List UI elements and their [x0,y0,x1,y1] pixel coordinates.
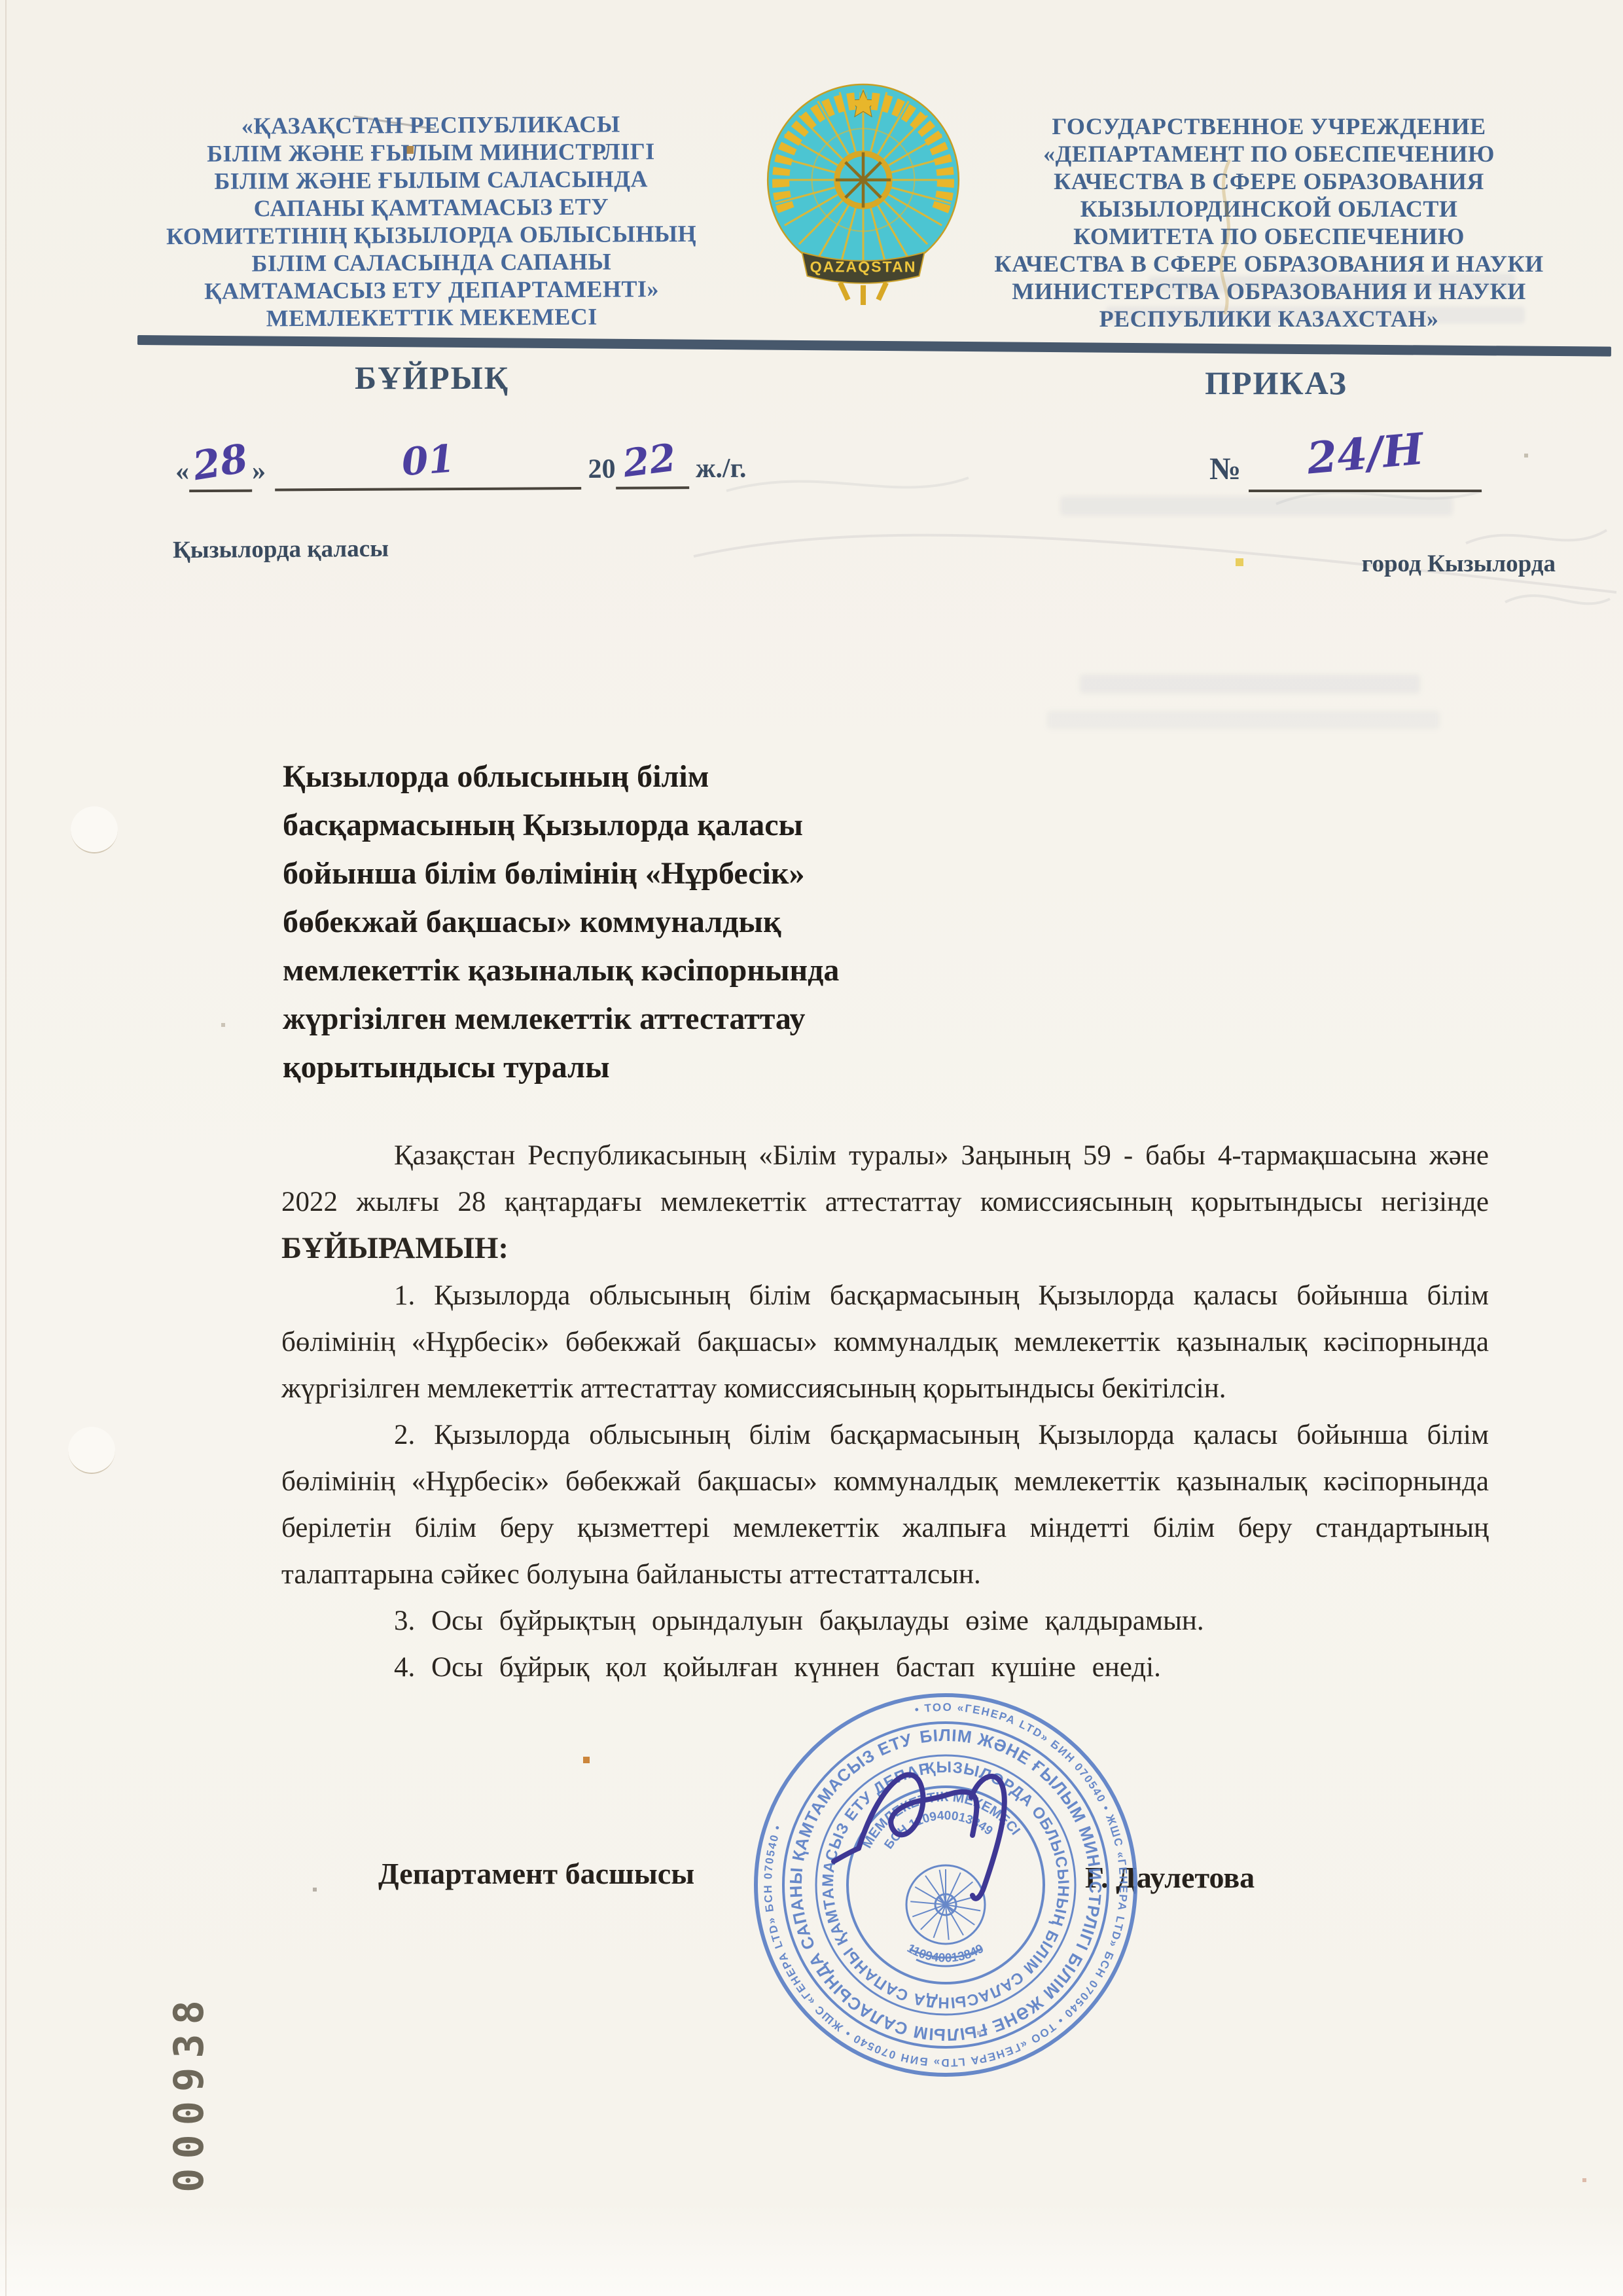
scan-edge-artifact [5,0,7,2296]
org-line: БІЛІМ САЛАСЫНДА САПАНЫ [149,247,713,278]
header-separator-rule [137,335,1611,357]
date-day-blank: 28 [189,444,252,493]
org-line: «ДЕПАРТАМЕНТ ПО ОБЕСПЕЧЕНИЮ [967,140,1571,168]
bleedthrough-artifact [1080,674,1420,694]
dust-specks [0,0,1,1]
intro-paragraph: Қазақстан Республикасының «Білім туралы»… [281,1132,1489,1272]
handwritten-year: 22 [620,435,679,486]
date-century: 20 [588,454,615,484]
org-line: САПАНЫ ҚАМТАМАСЫЗ ЕТУ [149,192,713,223]
org-line: БІЛІМ ЖӘНЕ ҒЫЛЫМ МИНИСТРЛІГІ [149,137,713,168]
subject-line: қорытындысы туралы [283,1043,990,1092]
subject-line: бөбекжай бақшасы» коммуналдық [283,898,990,946]
order-body: Қазақстан Республикасының «Білім туралы»… [281,1132,1489,1691]
number-blank: 24/Н [1249,439,1482,492]
date-year-blank: 22 [615,442,688,490]
subject-line: бойынша білім бөлімінің «Нұрбесік» [283,850,990,898]
order-number-line: № 24/Н [1209,439,1482,492]
subject-line: басқармасының Қызылорда қаласы [283,801,990,850]
bleedthrough-artifact [1047,711,1440,729]
quote-open: « [175,456,189,486]
bleedthrough-artifact [1106,306,1525,323]
org-line: ҚАМТАМАСЫЗ ЕТУ ДЕПАРТАМЕНТІ» [149,275,713,306]
date-suffix: ж./г. [696,454,747,484]
emblem-caption: QAZAQSTAN [810,259,917,276]
order-item-3: 3. Осы бұйрықтың орындалуын бақылауды өз… [281,1598,1489,1644]
org-line: КОМИТЕТА ПО ОБЕСПЕЧЕНИЮ [967,223,1571,250]
handwritten-number: 24/Н [1305,423,1425,484]
place-russian: город Кызылорда [1306,550,1556,578]
punch-hole [68,1427,115,1474]
document-serial-number: 000938 [165,1991,213,2193]
handwritten-day: 28 [190,436,251,490]
number-sign: № [1209,452,1241,486]
order-item-1: 1. Қызылорда облысының білім басқармасын… [281,1272,1489,1412]
resolve-word: БҰЙЫРАМЫН: [281,1231,508,1265]
date-line: «28»01 2022 ж./г. [175,441,747,493]
subject-line: Қызылорда облысының білім [283,753,990,801]
org-line: «ҚАЗАҚСТАН РЕСПУБЛИКАСЫ [149,110,713,141]
org-line: ГОСУДАРСТВЕННОЕ УЧРЕЖДЕНИЕ [967,113,1571,140]
org-name-russian: ГОСУДАРСТВЕННОЕ УЧРЕЖДЕНИЕ «ДЕПАРТАМЕНТ … [967,113,1571,332]
handwritten-signature [819,1736,1101,1932]
order-item-2: 2. Қызылорда облысының білім басқармасын… [281,1412,1489,1598]
order-title-russian: ПРИКАЗ [1119,364,1433,402]
org-line: КАЧЕСТВА В СФЕРЕ ОБРАЗОВАНИЯ [967,168,1571,195]
punch-hole [71,806,118,853]
quote-close: » [252,456,266,486]
kazakhstan-coat-of-arms: QAZAQSTAN [761,80,965,310]
handwritten-month: 01 [400,436,456,484]
order-item-4: 4. Осы бұйрық қол қойылған күннен бастап… [281,1644,1489,1691]
date-month-blank: 01 [275,442,581,491]
intro-text: Қазақстан Республикасының «Білім туралы»… [281,1140,1489,1217]
order-title-kazakh: БҰЙРЫҚ [275,359,589,397]
scanned-order-document: «ҚАЗАҚСТАН РЕСПУБЛИКАСЫ БІЛІМ ЖӘНЕ ҒЫЛЫМ… [0,0,1623,2296]
org-line: КЫЗЫЛОРДИНСКОЙ ОБЛАСТИ [967,195,1571,223]
org-name-kazakh: «ҚАЗАҚСТАН РЕСПУБЛИКАСЫ БІЛІМ ЖӘНЕ ҒЫЛЫМ… [149,110,714,333]
org-line: МЕМЛЕКЕТТІК МЕКЕМЕСІ [150,302,714,333]
org-line: БІЛІМ ЖӘНЕ ҒЫЛЫМ САЛАСЫНДА [149,165,713,196]
ghost-pen-mark [1203,156,1249,319]
place-kazakh: Қызылорда қаласы [173,535,389,564]
subject-line: мемлекеттік қазыналық кәсіпорнында [283,946,990,995]
signer-position: Департамент басшысы [378,1856,694,1891]
org-line: КОМИТЕТІНІҢ ҚЫЗЫЛОРДА ОБЛЫСЫНЫҢ [149,220,713,251]
order-subject: Қызылорда облысының білім басқармасының … [283,753,990,1092]
subject-line: жүргізілген мемлекеттік аттестаттау [283,995,990,1043]
